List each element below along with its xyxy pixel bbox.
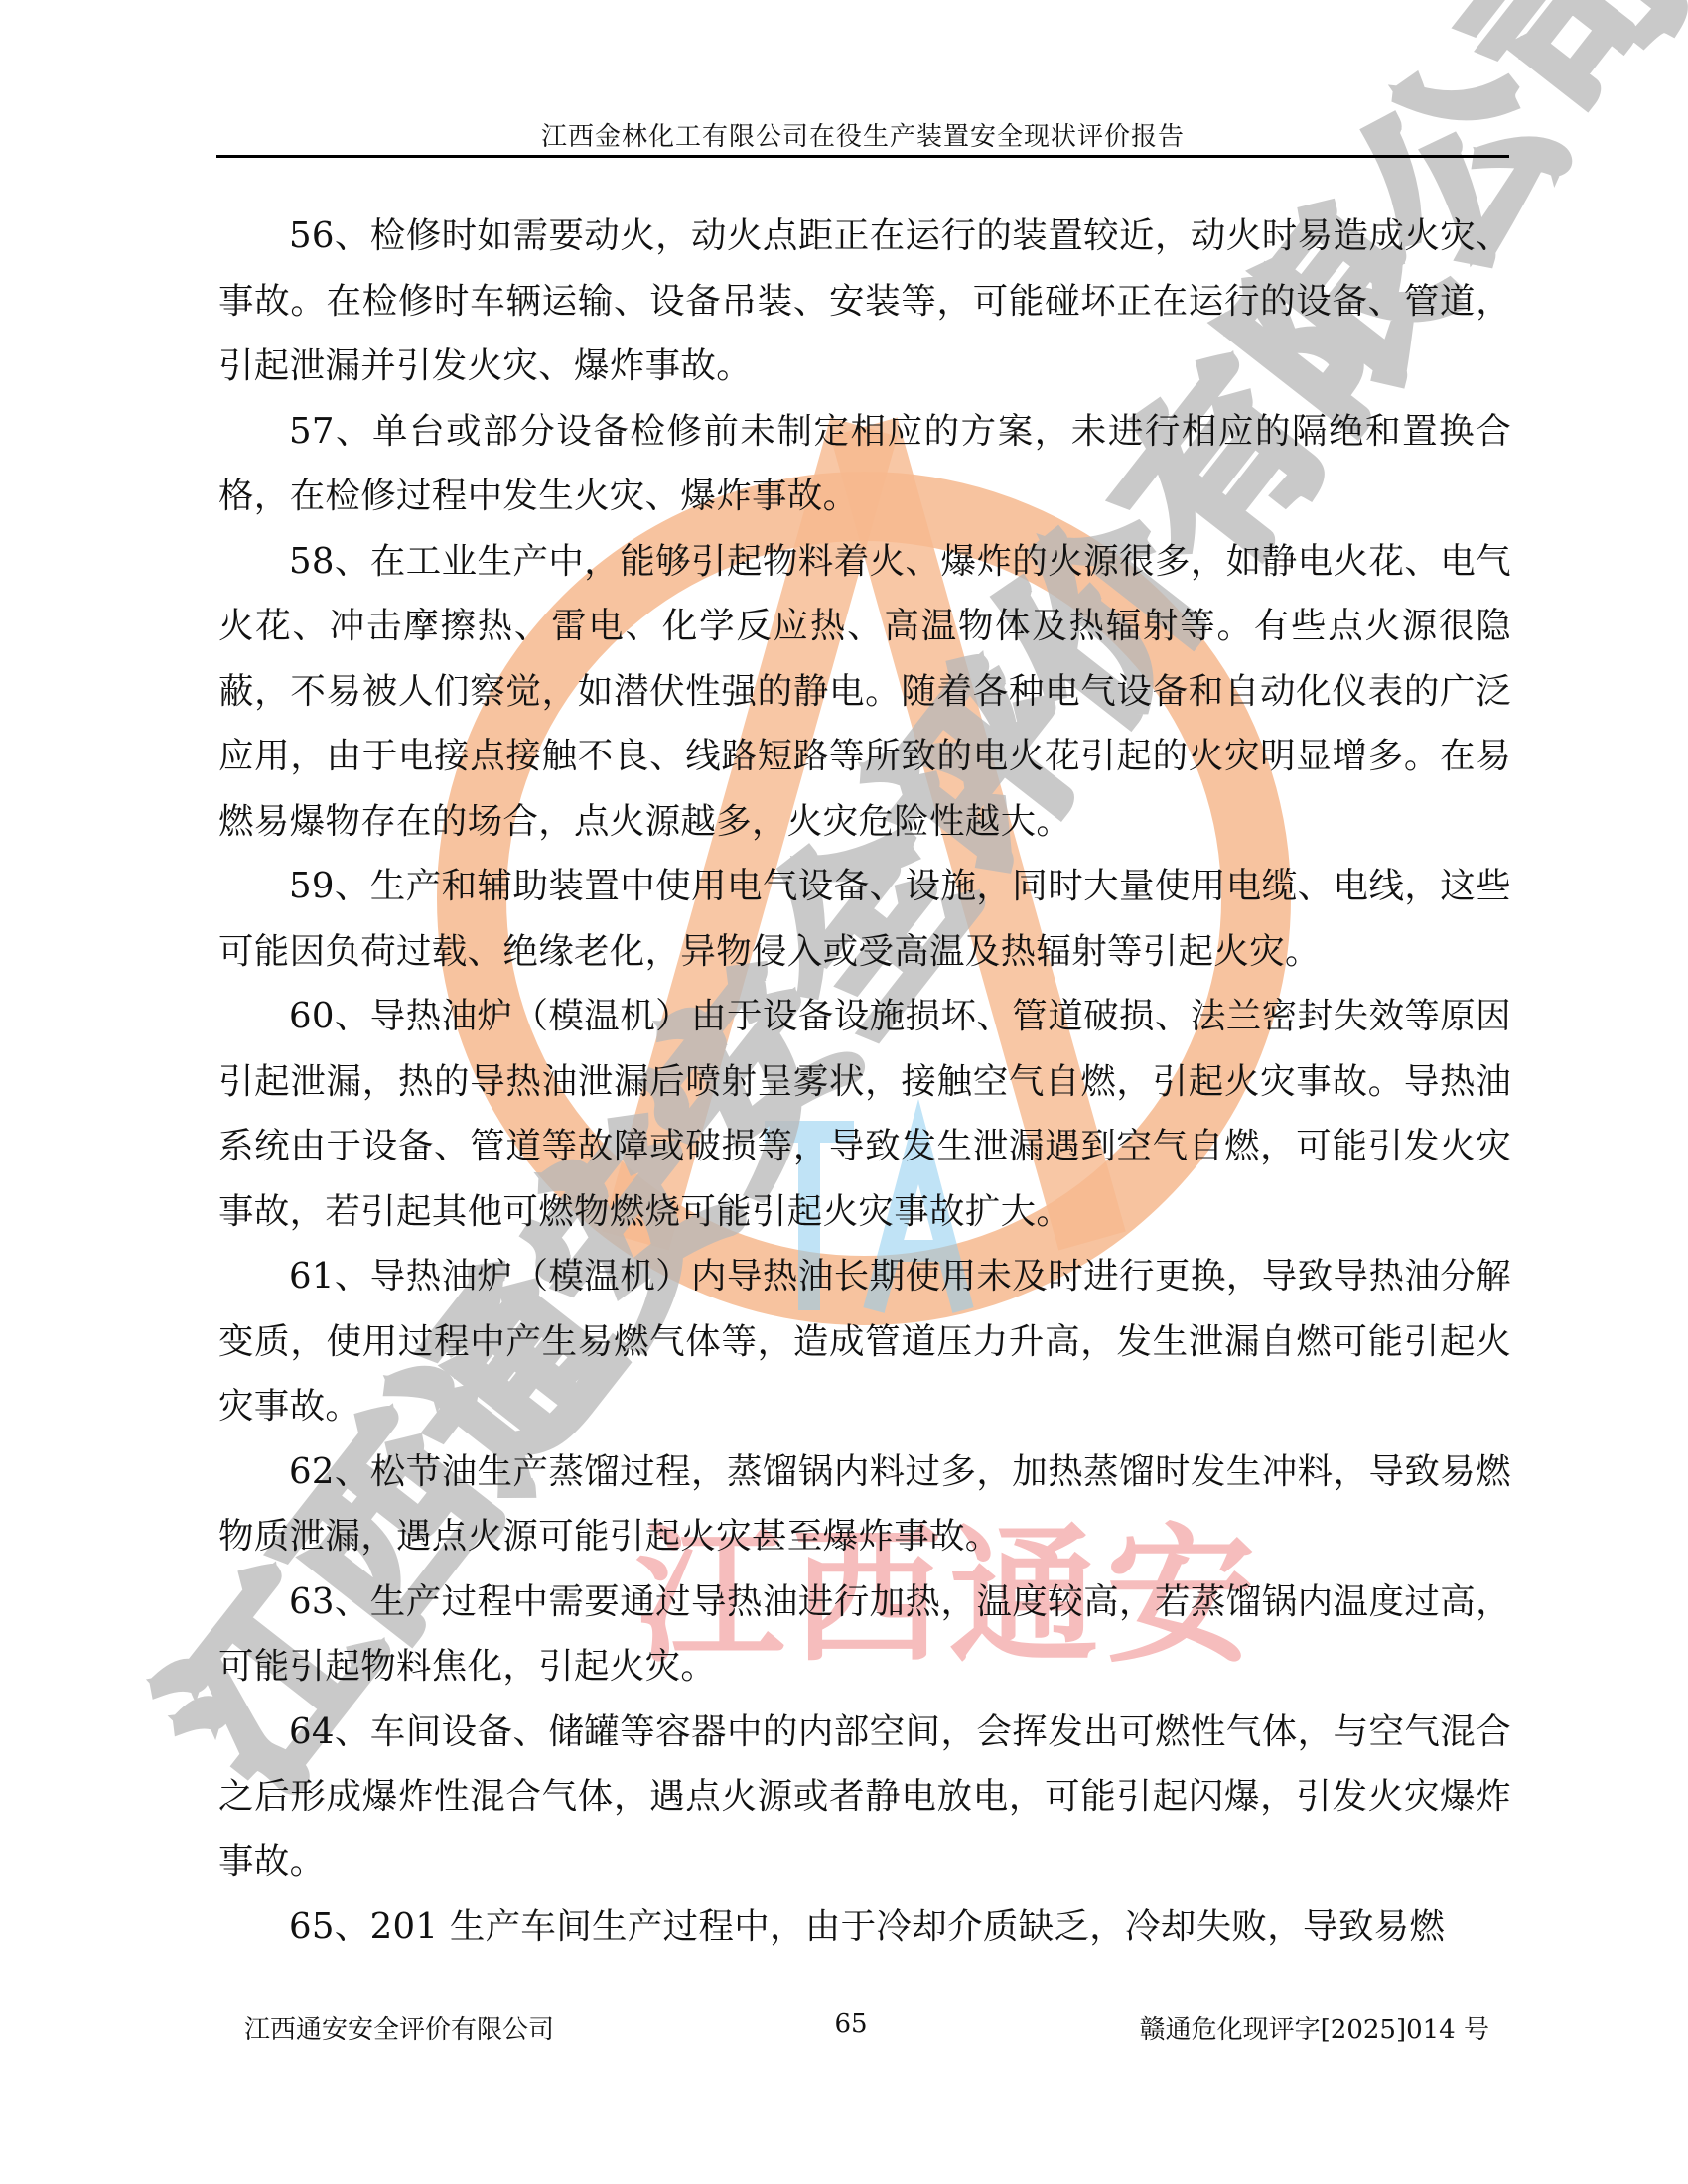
hazard-item-64: 64、车间设备、储罐等容器中的内部空间，会挥发出可燃性气体，与空气混合之后形成爆… [218, 1700, 1511, 1895]
hazard-item-63: 63、生产过程中需要通过导热油进行加热，温度较高，若蒸馏锅内温度过高，可能引起物… [218, 1570, 1511, 1700]
header-divider [216, 155, 1509, 158]
hazard-item-65: 65、201 生产车间生产过程中，由于冷却介质缺乏，冷却失败，导致易燃 [218, 1894, 1511, 1960]
document-number: 赣通危化现评字[2025]014 号 [1140, 2009, 1489, 2046]
hazard-item-59: 59、生产和辅助装置中使用电气设备、设施，同时大量使用电缆、电线，这些可能因负荷… [218, 854, 1511, 984]
hazard-item-60: 60、导热油炉（模温机）由于设备设施损坏、管道破损、法兰密封失效等原因引起泄漏，… [218, 984, 1511, 1244]
hazard-item-56: 56、检修时如需要动火，动火点距正在运行的装置较近，动火时易造成火灾、事故。在检… [218, 204, 1511, 399]
hazard-item-61: 61、导热油炉（模温机）内导热油长期使用未及时进行更换，导致导热油分解变质，使用… [218, 1244, 1511, 1439]
document-body: 56、检修时如需要动火，动火点距正在运行的装置较近，动火时易造成火灾、事故。在检… [218, 204, 1511, 1960]
hazard-item-57: 57、单台或部分设备检修前未制定相应的方案，未进行相应的隔绝和置换合格，在检修过… [218, 399, 1511, 529]
report-header-title: 江西金林化工有限公司在役生产装置安全现状评价报告 [216, 116, 1509, 153]
hazard-item-58: 58、在工业生产中，能够引起物料着火、爆炸的火源很多，如静电火花、电气火花、冲击… [218, 529, 1511, 855]
page-footer: 江西通安安全评价有限公司 65 赣通危化现评字[2025]014 号 [216, 2009, 1509, 2049]
document-page: 江西通安安全评价有限公司 江西通安 江西金林化工有限公司在役生产装置安全现状评价… [0, 0, 1688, 2184]
hazard-item-62: 62、松节油生产蒸馏过程，蒸馏锅内料过多，加热蒸馏时发生冲料，导致易燃物质泄漏，… [218, 1439, 1511, 1570]
